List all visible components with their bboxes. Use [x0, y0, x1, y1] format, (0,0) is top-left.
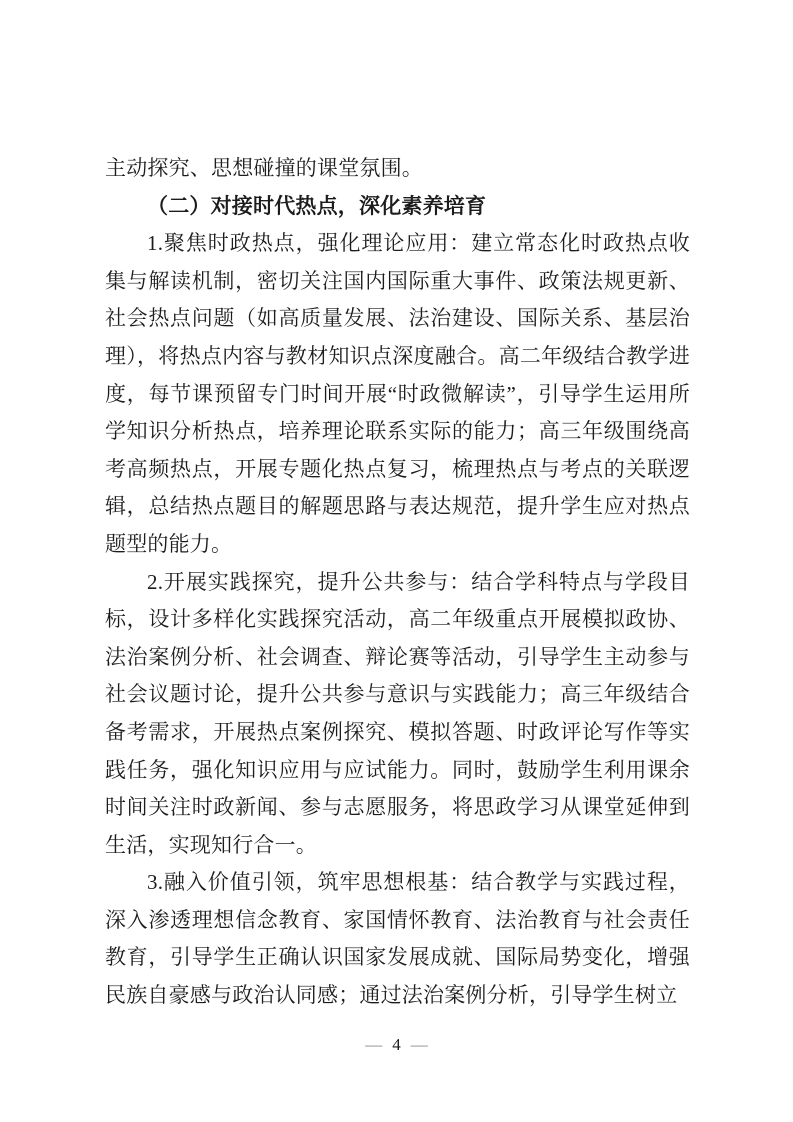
body-paragraph-3: 3.融入价值引领，筑牢思想根基：结合教学与实践过程，深入渗透理想信念教育、家国情… — [105, 864, 690, 1014]
page-number: 4 — [392, 1035, 401, 1054]
body-paragraph-2: 2.开展实践探究，提升公共参与：结合学科特点与学段目标，设计多样化实践探究活动，… — [105, 564, 690, 865]
footer-left-dash: — — [355, 1035, 392, 1054]
footer-right-dash: — — [401, 1035, 438, 1054]
body-paragraph-continuation: 主动探究、思想碰撞的课堂氛围。 — [105, 150, 690, 188]
body-paragraph-1: 1.聚焦时政热点，强化理论应用：建立常态化时政热点收集与解读机制，密切关注国内国… — [105, 225, 690, 563]
section-heading: （二）对接时代热点，深化素养培育 — [105, 188, 690, 226]
page-footer: —4— — [0, 1033, 793, 1057]
document-page: 主动探究、思想碰撞的课堂氛围。 （二）对接时代热点，深化素养培育 1.聚焦时政热… — [0, 0, 793, 1122]
document-body: 主动探究、思想碰撞的课堂氛围。 （二）对接时代热点，深化素养培育 1.聚焦时政热… — [105, 150, 690, 1015]
